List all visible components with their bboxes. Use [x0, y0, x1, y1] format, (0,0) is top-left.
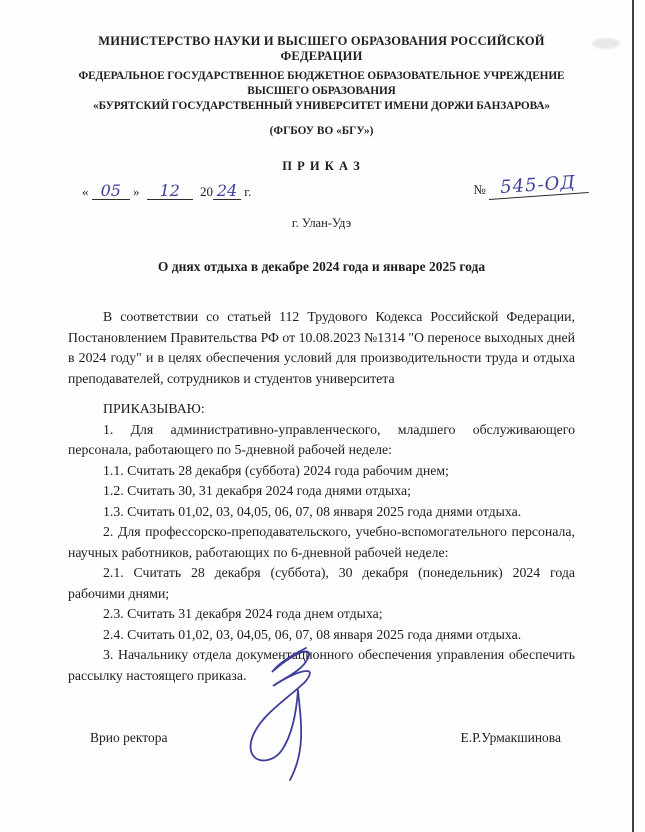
handwritten-month: 12 [147, 183, 193, 200]
order-heading: П Р И К А З [68, 159, 575, 174]
date-close-quote: » [133, 184, 140, 199]
handwritten-day: 05 [92, 183, 130, 200]
order-item-1: 1. Для административно-управленческого, … [68, 420, 575, 461]
handwritten-year: 24 [213, 183, 241, 200]
order-item-2-3: 2.3. Считать 31 декабря 2024 года днем о… [68, 604, 575, 625]
signature-row: Врио ректора Е.Р.Урмакшинова [68, 730, 575, 746]
handwritten-order-number: 545-ОД [487, 171, 588, 200]
date-number-row: « 05 » 12 2024 г. № 545-ОД [68, 178, 575, 200]
order-title: О днях отдыха в декабре 2024 года и янва… [68, 259, 575, 275]
year-suffix: г. [244, 184, 251, 199]
date-open-quote: « [82, 184, 89, 199]
order-number-field: № 545-ОД [473, 178, 589, 200]
education-level-line: ВЫСШЕГО ОБРАЗОВАНИЯ [68, 85, 575, 97]
resolve-word: ПРИКАЗЫВАЮ: [68, 399, 575, 420]
ministry-line: МИНИСТЕРСТВО НАУКИ И ВЫСШЕГО ОБРАЗОВАНИЯ… [68, 34, 575, 64]
signer-name: Е.Р.Урмакшинова [460, 730, 561, 746]
year-century-printed: 20 [200, 184, 213, 199]
university-abbreviation: (ФГБОУ ВО «БГУ») [68, 125, 575, 137]
order-item-2-1: 2.1. Считать 28 декабря (суббота), 30 де… [68, 563, 575, 604]
order-item-3: 3. Начальнику отдела документационного о… [68, 645, 575, 686]
order-item-1-3: 1.3. Считать 01,02, 03, 04,05, 06, 07, 0… [68, 502, 575, 523]
university-name-line: «БУРЯТСКИЙ ГОСУДАРСТВЕННЫЙ УНИВЕРСИТЕТ И… [68, 100, 575, 112]
document-page: МИНИСТЕРСТВО НАУКИ И ВЫСШЕГО ОБРАЗОВАНИЯ… [0, 0, 645, 832]
date-field: « 05 » 12 2024 г. [82, 183, 251, 200]
intro-paragraph: В соответствии со статьей 112 Трудового … [68, 307, 575, 389]
page-content: МИНИСТЕРСТВО НАУКИ И ВЫСШЕГО ОБРАЗОВАНИЯ… [0, 0, 645, 832]
order-item-1-2: 1.2. Считать 30, 31 декабря 2024 года дн… [68, 481, 575, 502]
signer-position: Врио ректора [90, 730, 167, 746]
order-item-1-1: 1.1. Считать 28 декабря (суббота) 2024 г… [68, 461, 575, 482]
institution-line: ФЕДЕРАЛЬНОЕ ГОСУДАРСТВЕННОЕ БЮДЖЕТНОЕ ОБ… [68, 70, 575, 82]
number-label: № [473, 182, 485, 197]
order-item-2: 2. Для профессорско-преподавательского, … [68, 522, 575, 563]
city-line: г. Улан-Удэ [68, 216, 575, 231]
order-item-2-4: 2.4. Считать 01,02, 03, 04,05, 06, 07, 0… [68, 625, 575, 646]
